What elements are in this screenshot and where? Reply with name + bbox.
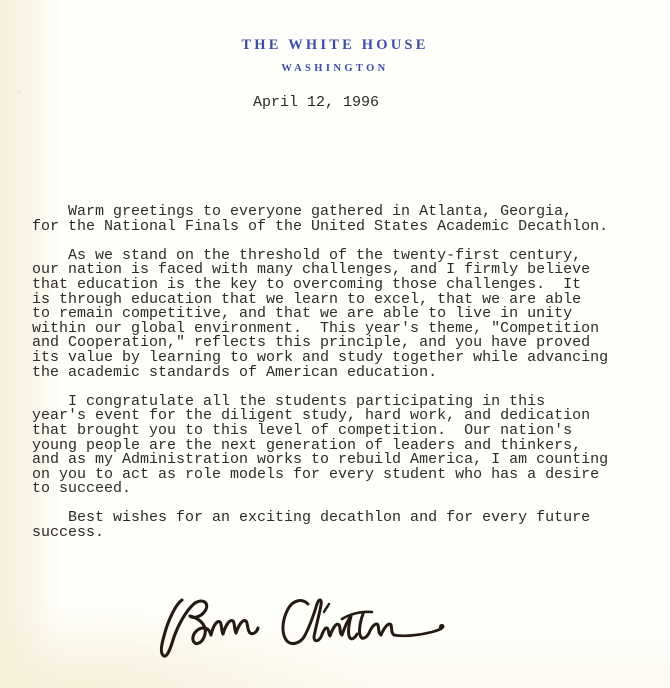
signature-stroke-clinton: [283, 600, 351, 644]
letter-body: Warm greetings to everyone gathered in A…: [32, 205, 648, 555]
signature-stroke-tcross: [342, 612, 372, 619]
signature-stroke-flourish: [394, 625, 443, 636]
letterhead: THE WHITE HOUSE WASHINGTON: [0, 38, 670, 74]
signature: [158, 590, 448, 668]
paragraph-theme: As we stand on the threshold of the twen…: [32, 249, 648, 380]
letter-page: THE WHITE HOUSE WASHINGTON April 12, 199…: [0, 0, 670, 688]
paragraph-congratulations: I congratulate all the students particip…: [32, 395, 648, 497]
letterhead-title: THE WHITE HOUSE: [0, 38, 670, 53]
signature-stroke-bill: [161, 600, 258, 656]
ink-smudge: [15, 88, 23, 96]
signature-stroke-t2: [360, 614, 394, 638]
paragraph-greeting: Warm greetings to everyone gathered in A…: [32, 205, 648, 234]
paragraph-closing: Best wishes for an exciting decathlon an…: [32, 511, 648, 540]
signature-stroke-t1: [348, 616, 357, 639]
date-line: April 12, 1996: [253, 94, 379, 111]
letterhead-subtitle: WASHINGTON: [0, 63, 670, 74]
signature-stroke-idot: [324, 604, 329, 612]
